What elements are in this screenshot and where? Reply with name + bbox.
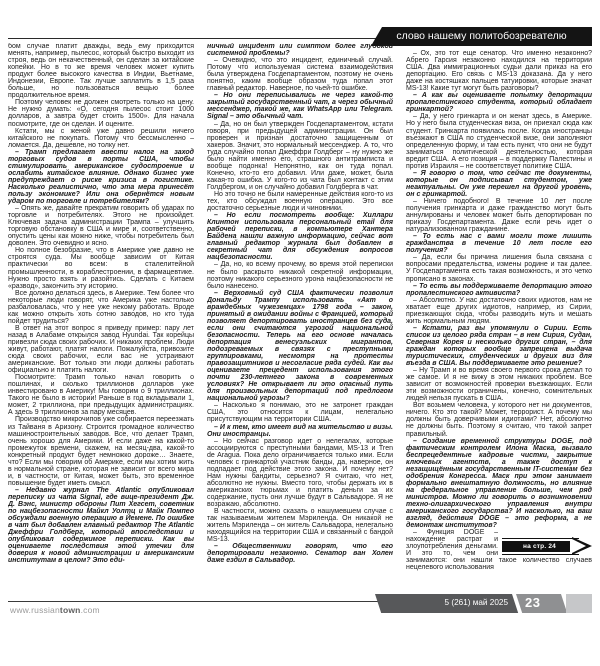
interview-question: – Верховный суд США фактически позволил … — [207, 290, 393, 403]
article-column-1: бом случае платит дважды, ведь ему прихо… — [8, 43, 194, 599]
interview-question: – А как вы оцениваете попытку депортации… — [406, 92, 592, 113]
page-number-box: 23 — [516, 594, 567, 613]
interview-question: – То есть вы поддерживаете депортацию эт… — [406, 283, 592, 297]
body-paragraph: В ответ на этот вопрос я приведу пример:… — [8, 325, 194, 374]
website-url-brand: town — [60, 605, 81, 615]
interview-question: – Общественники говорят, что его депорти… — [207, 543, 393, 564]
issue-date: 5 (261) май 2025 — [378, 594, 515, 613]
continued-on-page-label: на стр. 24 — [502, 541, 570, 552]
interview-answer: – Да, если бы причина лишения была связа… — [406, 254, 592, 282]
interview-question: – Создание временной структуры DOGE, под… — [406, 438, 592, 530]
body-paragraph: Все должно делаться здесь, в Америке. Те… — [8, 290, 194, 325]
body-paragraph: бом случае платит дважды, ведь ему прихо… — [8, 43, 194, 99]
interview-answer: – Ничего подобного! В течение 10 лет пос… — [406, 198, 592, 233]
interview-question: – Но если посмотреть вообще: Хиллари Кли… — [207, 212, 393, 261]
interview-answer: на стр. 24– Функция DOGE – нахождение ра… — [406, 529, 592, 571]
interview-question: – То есть нас с вами могли тоже лишить г… — [406, 233, 592, 254]
website-url-prefix: www.russian — [10, 605, 60, 615]
article-column-3: – Ох, это тот еще сенатор. Что именно не… — [406, 50, 592, 599]
interview-answer: – Да, но, ко всему прочему, во время это… — [207, 261, 393, 289]
masthead-rule — [8, 38, 376, 39]
interview-answer: – Очевидно, что это инцидент, единичный … — [207, 57, 393, 92]
interview-question: – Кстати, раз вы упомянули о Сирии. Есть… — [406, 325, 592, 367]
interview-answer: – Ну Трамп и во время своего первого сро… — [406, 367, 592, 402]
interview-question: – Я говорю о том, что сейчас те документ… — [406, 170, 592, 198]
interview-question: – И к тем, кто имеет вид на жительство и… — [207, 424, 393, 438]
interview-question: – Но они переписывались не через какой-т… — [207, 92, 393, 120]
interview-answer: – Да, у него гринкарта и он женат здесь,… — [406, 113, 592, 169]
interview-answer: – Абсолютно. У нас достаточно своих идио… — [406, 297, 592, 325]
interview-answer: – Ох, это тот еще сенатор. Что именно не… — [406, 50, 592, 92]
page-number: 23 — [519, 594, 564, 613]
issue-date-bar: 5 (261) май 2025 — [375, 594, 518, 613]
newspaper-page: слово нашему политобозревателю бом случа… — [0, 0, 600, 666]
interview-answer: – Опять же, давайте прекратим говорить о… — [8, 205, 194, 247]
continued-on-page-arrow: на стр. 24 — [502, 537, 592, 556]
interview-answer: – Но сейчас разговор идет о нелегалах, к… — [207, 438, 393, 508]
body-paragraph: Вот возьмем человека, у которого нет ни … — [406, 402, 592, 437]
arrow-head-icon — [572, 537, 592, 555]
interview-answer: – Да, но он был утвержден Госдепартамент… — [207, 121, 393, 191]
body-paragraph: Но полное безобразие, что в Америке уже … — [8, 247, 194, 289]
body-paragraph: Поэтому человек не должен смотреть тольк… — [8, 99, 194, 127]
footer-rule — [8, 601, 378, 602]
interview-question: ничный инцидент или симптом более глубок… — [207, 43, 393, 57]
article-column-2: ничный инцидент или симптом более глубок… — [207, 43, 393, 599]
section-title: слово нашему политобозревателю — [371, 27, 592, 46]
body-paragraph: Кстати, мы с женой уже давно решили ниче… — [8, 128, 194, 149]
footer-accent-strip — [566, 594, 592, 613]
website-url-suffix: .com — [81, 605, 100, 615]
interview-question: – Недавно журнал The Atlantic опубликова… — [8, 487, 194, 565]
body-paragraph: Производство микрочипов уже собирается п… — [8, 416, 194, 486]
interview-answer: – Насколько я понимаю, это не затронет г… — [207, 402, 393, 423]
interview-question: – Трамп предлагает ввести налог на заход… — [8, 149, 194, 205]
website-url: www.russiantown.com — [10, 605, 100, 615]
body-paragraph: Посмотрите: Трамп только начал говорить … — [8, 374, 194, 416]
body-paragraph: В частности, можно сказать о нашумевшем … — [207, 508, 393, 543]
section-header-bar: слово нашему политобозревателю — [371, 27, 592, 46]
body-paragraph: Но это точно не были намеренные действия… — [207, 191, 393, 212]
